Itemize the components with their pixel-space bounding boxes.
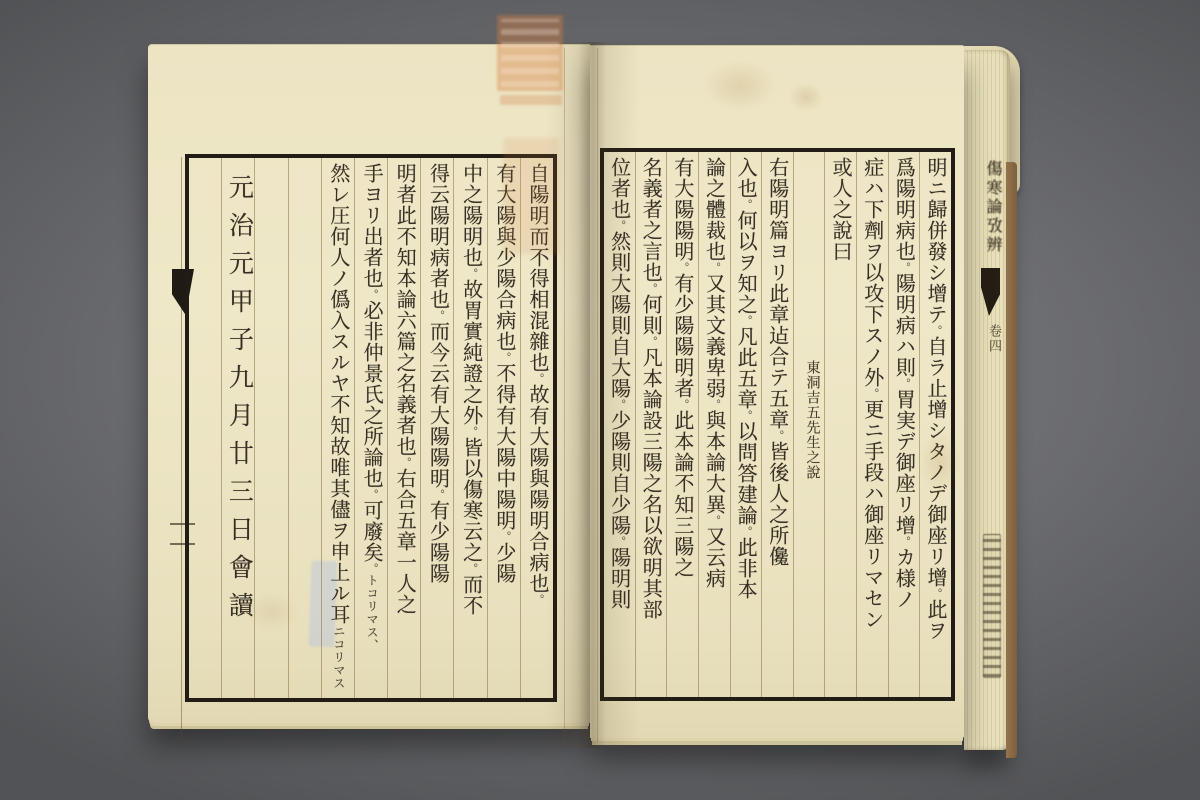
edge-volume-label: 卷四 <box>985 324 1003 372</box>
stamp-watermark-lower <box>503 138 559 254</box>
col-left-10-date: 元治元甲子九月廿三日會讀 <box>221 158 254 698</box>
col-right-4: 或人之說曰 <box>824 152 856 697</box>
stamp-watermark-digits-illegible <box>500 95 562 105</box>
right-text-frame: 明ニ歸併發シ增テ。自ラ止增シタノデ御座リ增。此ヲ爲陽明病也。陽明病ハ則。胃実デ御… <box>600 148 955 701</box>
right-page-columns: 明ニ歸併發シ增テ。自ラ止增シタノデ御座リ增。此ヲ爲陽明病也。陽明病ハ則。胃実デ御… <box>604 152 951 697</box>
col-right-10: 名義者之言也。何則。凡本論設三陽之名以欲明其部 <box>635 152 667 697</box>
page-edge-stack: 傷寒論攷辨 卷四 <box>964 50 1010 750</box>
col-right-7: 入也。何以ヲ知之。凡此五章。以問答建論。此非本 <box>730 152 762 697</box>
col-left-6: 手ヨリ出者也。必非仲景氏之所論也。可廢矣。トコリマス、 <box>354 158 387 698</box>
back-cover-edge <box>1006 162 1017 758</box>
edge-title-label: 傷寒論攷辨 <box>983 160 1005 280</box>
col-right-9: 有大陽陽明。有少陽陽明者。此本論不知三陽之 <box>666 152 698 697</box>
gutter-crease-line <box>564 48 565 742</box>
col-left-9-empty <box>254 158 287 698</box>
col-left-7: 然レ圧何人ノ僞入スルヤ不知故唯其儘ヲ申上ル耳ニコリマス <box>321 158 354 698</box>
col-left-3: 中之陽明也。故胃實純證之外。皆以傷寒云之。而不 <box>453 158 486 698</box>
col-right-3: 症ハ下劑ヲ以攻下スノ外。更ニ手段ハ御座リマセン <box>856 152 888 697</box>
col-right-11: 位者也。然則大陽則自大陽。少陽則自少陽。陽明則 <box>604 152 635 697</box>
fishtail-mark-edge <box>981 268 1000 316</box>
left-page-columns: 自陽明而不得相混雜也。故有大陽與陽明合病也。有大陽與少陽合病也。不得有大陽中陽明… <box>189 158 553 698</box>
col-right-8: 論之體裁也。又其文義卑弱。與本論大異。又云病 <box>698 152 730 697</box>
left-text-frame: 自陽明而不得相混雜也。故有大陽與陽明合病也。有大陽與少陽合病也。不得有大陽中陽明… <box>185 154 557 702</box>
fold-line <box>181 157 182 741</box>
gutter-crease-line <box>597 48 598 742</box>
col-right-2: 爲陽明病也。陽明病ハ則。胃実デ御座リ增。カ様ノ <box>888 152 920 697</box>
right-page: 明ニ歸併發シ增テ。自ラ止增シタノデ御座リ增。此ヲ爲陽明病也。陽明病ハ則。胃実デ御… <box>590 45 964 738</box>
open-book: 傷寒論攷辨 卷四 自陽明而不得相混雜也。故有大陽與陽明合病也。有大陽與少陽合病也… <box>148 42 1020 754</box>
col-left-11-empty <box>189 158 221 698</box>
col-left-5: 明者此不知本論六篇之名義者也。右合五章一人之 <box>387 158 420 698</box>
col-left-8-empty <box>288 158 321 698</box>
photo-background: 傷寒論攷辨 卷四 自陽明而不得相混雜也。故有大陽與陽明合病也。有大陽與少陽合病也… <box>0 0 1200 800</box>
col-right-6: 右陽明篇ヨリ此章迠合テ五章。皆後人之所儳 <box>761 152 793 697</box>
stamp-watermark <box>497 15 563 91</box>
col-right-5-annotation: 東洞吉五先生之說 <box>793 152 825 697</box>
col-left-4: 得云陽明病者也。而今云有大陽陽明。有少陽陽 <box>420 158 453 698</box>
col-right-1: 明ニ歸併發シ增テ。自ラ止增シタノデ御座リ增。此ヲ <box>919 152 951 697</box>
edge-lower-label-illegible <box>983 534 1001 678</box>
